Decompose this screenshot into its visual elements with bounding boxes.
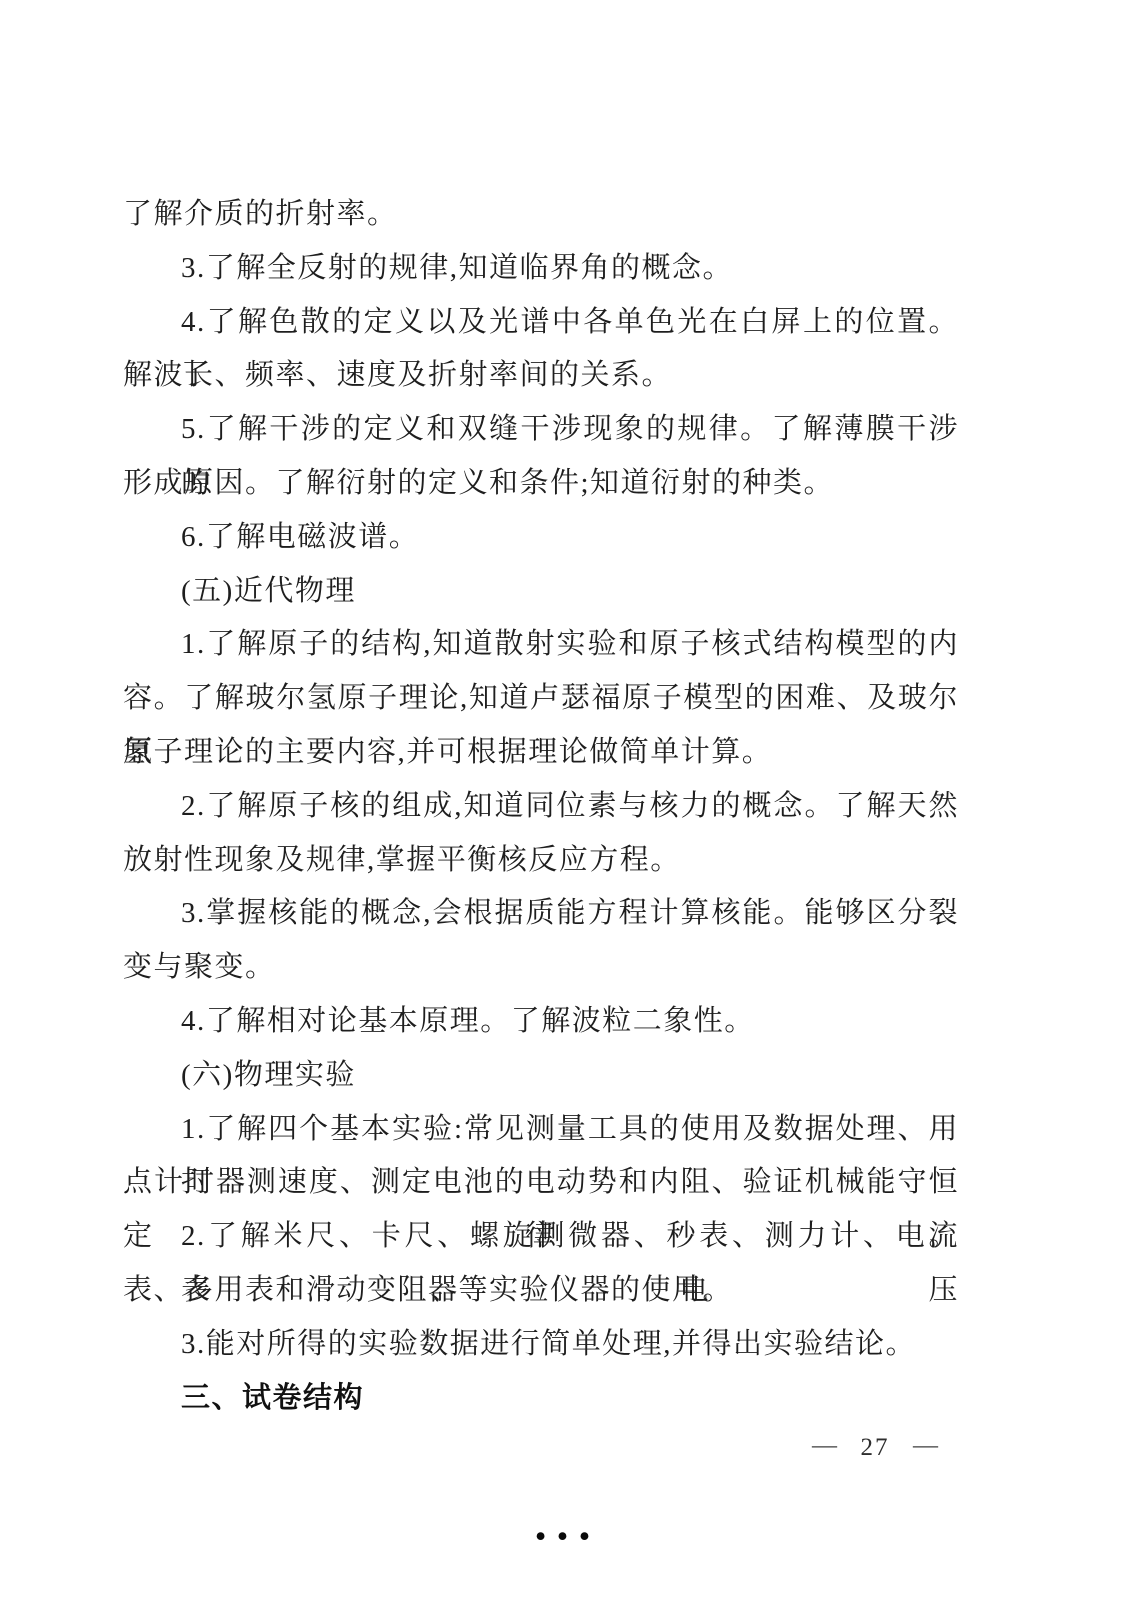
text-line: 1.了解原子的结构,知道散射实验和原子核式结构模型的内 xyxy=(123,618,959,672)
footer-dash-left: — xyxy=(812,1432,837,1460)
page-number: — 27 — xyxy=(812,1428,938,1468)
text-line: 3.掌握核能的概念,会根据质能方程计算核能。能够区分裂 xyxy=(123,887,959,941)
text-line: 2.了解原子核的组成,知道同位素与核力的概念。了解天然 xyxy=(123,780,959,834)
text-line: 4.了解相对论基本原理。了解波粒二象性。 xyxy=(123,995,959,1049)
footer-dash-right: — xyxy=(913,1432,938,1460)
text-line: 容。了解玻尔氢原子理论,知道卢瑟福原子模型的困难、及玻尔氢 xyxy=(123,672,959,726)
text-line: 变与聚变。 xyxy=(123,941,959,995)
text-line: 原子理论的主要内容,并可根据理论做简单计算。 xyxy=(123,726,959,780)
text-line: 6.了解电磁波谱。 xyxy=(123,511,959,565)
text-line: 点计时器测速度、测定电池的电动势和内阻、验证机械能守恒定律。 xyxy=(123,1156,959,1210)
page-number-value: 27 xyxy=(861,1434,890,1462)
text-line: 5.了解干涉的定义和双缝干涉现象的规律。了解薄膜干涉的 xyxy=(123,403,959,457)
text-line: 形成原因。了解衍射的定义和条件;知道衍射的种类。 xyxy=(123,457,959,511)
text-block: 了解介质的折射率。3.了解全反射的规律,知道临界角的概念。4.了解色散的定义以及… xyxy=(123,188,959,1425)
text-line: 1.了解四个基本实验:常见测量工具的使用及数据处理、用打 xyxy=(123,1103,959,1157)
text-line: 了解介质的折射率。 xyxy=(123,188,959,242)
document-page: 了解介质的折射率。3.了解全反射的规律,知道临界角的概念。4.了解色散的定义以及… xyxy=(0,0,1131,1600)
text-line: 2.了解米尺、卡尺、螺旋测微器、秒表、测力计、电流表、电压 xyxy=(123,1210,959,1264)
text-line: (五)近代物理 xyxy=(123,565,959,619)
footer-dots-icon: ••• xyxy=(0,1522,1131,1553)
text-line: 放射性现象及规律,掌握平衡核反应方程。 xyxy=(123,834,959,888)
text-line: 3.了解全反射的规律,知道临界角的概念。 xyxy=(123,242,959,296)
text-line: (六)物理实验 xyxy=(123,1049,959,1103)
text-line: 三、试卷结构 xyxy=(123,1372,959,1426)
text-line: 3.能对所得的实验数据进行简单处理,并得出实验结论。 xyxy=(123,1318,959,1372)
text-line: 4.了解色散的定义以及光谱中各单色光在白屏上的位置。了 xyxy=(123,296,959,350)
text-line: 解波长、频率、速度及折射率间的关系。 xyxy=(123,349,959,403)
